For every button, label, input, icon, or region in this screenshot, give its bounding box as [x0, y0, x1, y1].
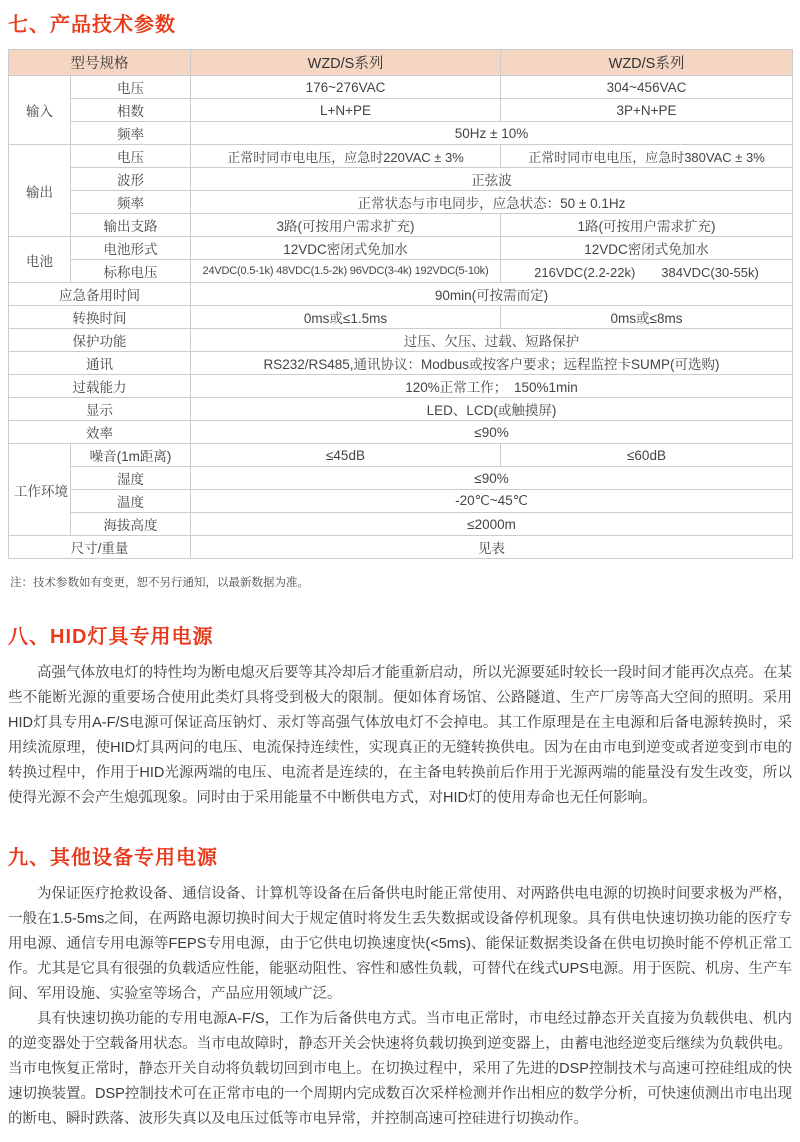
table-row: 工作环境 噪音(1m距离) ≤45dB ≤60dB — [9, 444, 793, 467]
cell-protection: 过压、欠压、过载、短路保护 — [191, 329, 793, 352]
group-label-battery: 电池 — [9, 237, 71, 283]
table-row: 通讯 RS232/RS485,通讯协议：Modbus或按客户要求；远程监控卡SU… — [9, 352, 793, 375]
group-label-input: 输入 — [9, 76, 71, 145]
row-label-output-voltage: 电压 — [71, 145, 191, 168]
table-row: 频率 正常状态与市电同步，应急状态：50 ± 0.1Hz — [9, 191, 793, 214]
cell-humidity: ≤90% — [191, 467, 793, 490]
table-row: 输出 电压 正常时同市电电压，应急时220VAC ± 3% 正常时同市电电压，应… — [9, 145, 793, 168]
cell-backup-time: 90min(可按需而定) — [191, 283, 793, 306]
row-label-humidity: 湿度 — [71, 467, 191, 490]
row-label-output-freq: 频率 — [71, 191, 191, 214]
cell-overload: 120%正常工作； 150%1min — [191, 375, 793, 398]
cell-temperature: -20℃~45℃ — [191, 490, 793, 513]
table-row: 电池 电池形式 12VDC密闭式免加水 12VDC密闭式免加水 — [9, 237, 793, 260]
cell-input-phase-2: 3P+N+PE — [501, 99, 793, 122]
row-label-backup-time: 应急备用时间 — [9, 283, 191, 306]
table-row: 尺寸/重量 见表 — [9, 536, 793, 559]
cell-noise-2: ≤60dB — [501, 444, 793, 467]
section-9-title: 九、其他设备专用电源 — [8, 841, 792, 870]
cell-battery-type-2: 12VDC密闭式免加水 — [501, 237, 793, 260]
row-label-battery-type: 电池形式 — [71, 237, 191, 260]
group-label-environment: 工作环境 — [9, 444, 71, 536]
cell-battery-type-1: 12VDC密闭式免加水 — [191, 237, 501, 260]
cell-output-voltage-1: 正常时同市电电压，应急时220VAC ± 3% — [191, 145, 501, 168]
table-row: 标称电压 24VDC(0.5-1k) 48VDC(1.5-2k) 96VDC(3… — [9, 260, 793, 283]
cell-communication: RS232/RS485,通讯协议：Modbus或按客户要求；远程监控卡SUMP(… — [191, 352, 793, 375]
table-row: 过载能力 120%正常工作； 150%1min — [9, 375, 793, 398]
cell-output-branch-1: 3路(可按用户需求扩充) — [191, 214, 501, 237]
table-row: 频率 50Hz ± 10% — [9, 122, 793, 145]
header-model-spec: 型号规格 — [9, 50, 191, 76]
row-label-altitude: 海拔高度 — [71, 513, 191, 536]
section-9: 九、其他设备专用电源 为保证医疗抢救设备、通信设备、计算机等设备在后备供电时能正… — [8, 841, 792, 1132]
row-label-efficiency: 效率 — [9, 421, 191, 444]
header-series-1: WZD/S系列 — [191, 50, 501, 76]
cell-input-phase-1: L+N+PE — [191, 99, 501, 122]
cell-input-voltage-2: 304~456VAC — [501, 76, 793, 99]
section-9-paragraph-1: 为保证医疗抢救设备、通信设备、计算机等设备在后备供电时能正常使用、对两路供电电源… — [8, 882, 792, 1007]
section-8-title: 八、HID灯具专用电源 — [8, 620, 792, 649]
table-row: 输出支路 3路(可按用户需求扩充) 1路(可按用户需求扩充) — [9, 214, 793, 237]
row-label-output-wave: 波形 — [71, 168, 191, 191]
section-8: 八、HID灯具专用电源 高强气体放电灯的特性均为断电熄灭后要等其冷却后才能重新启… — [8, 620, 792, 811]
table-row: 保护功能 过压、欠压、过载、短路保护 — [9, 329, 793, 352]
row-label-battery-voltage: 标称电压 — [71, 260, 191, 283]
row-label-size-weight: 尺寸/重量 — [9, 536, 191, 559]
cell-transfer-time-1: 0ms或≤1.5ms — [191, 306, 501, 329]
row-label-input-phase: 相数 — [71, 99, 191, 122]
row-label-output-branch: 输出支路 — [71, 214, 191, 237]
cell-noise-1: ≤45dB — [191, 444, 501, 467]
row-label-noise: 噪音(1m距离) — [71, 444, 191, 467]
cell-size-weight: 见表 — [191, 536, 793, 559]
table-row: 显示 LED、LCD(或触摸屏) — [9, 398, 793, 421]
cell-battery-voltage-1: 24VDC(0.5-1k) 48VDC(1.5-2k) 96VDC(3-4k) … — [191, 260, 501, 283]
row-label-overload: 过载能力 — [9, 375, 191, 398]
table-footnote: 注：技术参数如有变更，恕不另行通知，以最新数据为准。 — [10, 574, 792, 590]
cell-altitude: ≤2000m — [191, 513, 793, 536]
table-row: 效率 ≤90% — [9, 421, 793, 444]
row-label-input-freq: 频率 — [71, 122, 191, 145]
row-label-display: 显示 — [9, 398, 191, 421]
section-9-paragraph-2: 具有快速切换功能的专用电源A-F/S，工作为后备供电方式。当市电正常时，市电经过… — [8, 1007, 792, 1132]
table-row: 转换时间 0ms或≤1.5ms 0ms或≤8ms — [9, 306, 793, 329]
row-label-temperature: 温度 — [71, 490, 191, 513]
table-row: 输入 电压 176~276VAC 304~456VAC — [9, 76, 793, 99]
group-label-output: 输出 — [9, 145, 71, 237]
table-row: 海拔高度 ≤2000m — [9, 513, 793, 536]
section-8-paragraph: 高强气体放电灯的特性均为断电熄灭后要等其冷却后才能重新启动，所以光源要延时较长一… — [8, 661, 792, 811]
cell-output-voltage-2: 正常时同市电电压，应急时380VAC ± 3% — [501, 145, 793, 168]
specs-table: 型号规格 WZD/S系列 WZD/S系列 输入 电压 176~276VAC 30… — [8, 49, 793, 559]
row-label-protection: 保护功能 — [9, 329, 191, 352]
row-label-input-voltage: 电压 — [71, 76, 191, 99]
table-header-row: 型号规格 WZD/S系列 WZD/S系列 — [9, 50, 793, 76]
row-label-transfer-time: 转换时间 — [9, 306, 191, 329]
table-row: 应急备用时间 90min(可按需而定) — [9, 283, 793, 306]
cell-battery-voltage-2: 216VDC(2.2-22k) 384VDC(30-55k) — [501, 260, 793, 283]
cell-display: LED、LCD(或触摸屏) — [191, 398, 793, 421]
row-label-communication: 通讯 — [9, 352, 191, 375]
cell-input-freq: 50Hz ± 10% — [191, 122, 793, 145]
table-row: 波形 正弦波 — [9, 168, 793, 191]
table-row: 相数 L+N+PE 3P+N+PE — [9, 99, 793, 122]
cell-efficiency: ≤90% — [191, 421, 793, 444]
cell-output-wave: 正弦波 — [191, 168, 793, 191]
table-row: 湿度 ≤90% — [9, 467, 793, 490]
section-7-title: 七、产品技术参数 — [8, 8, 792, 37]
cell-output-freq: 正常状态与市电同步，应急状态：50 ± 0.1Hz — [191, 191, 793, 214]
table-row: 温度 -20℃~45℃ — [9, 490, 793, 513]
page: 七、产品技术参数 型号规格 WZD/S系列 WZD/S系列 输入 电压 176~… — [0, 0, 800, 1142]
header-series-2: WZD/S系列 — [501, 50, 793, 76]
cell-output-branch-2: 1路(可按用户需求扩充) — [501, 214, 793, 237]
cell-input-voltage-1: 176~276VAC — [191, 76, 501, 99]
cell-transfer-time-2: 0ms或≤8ms — [501, 306, 793, 329]
